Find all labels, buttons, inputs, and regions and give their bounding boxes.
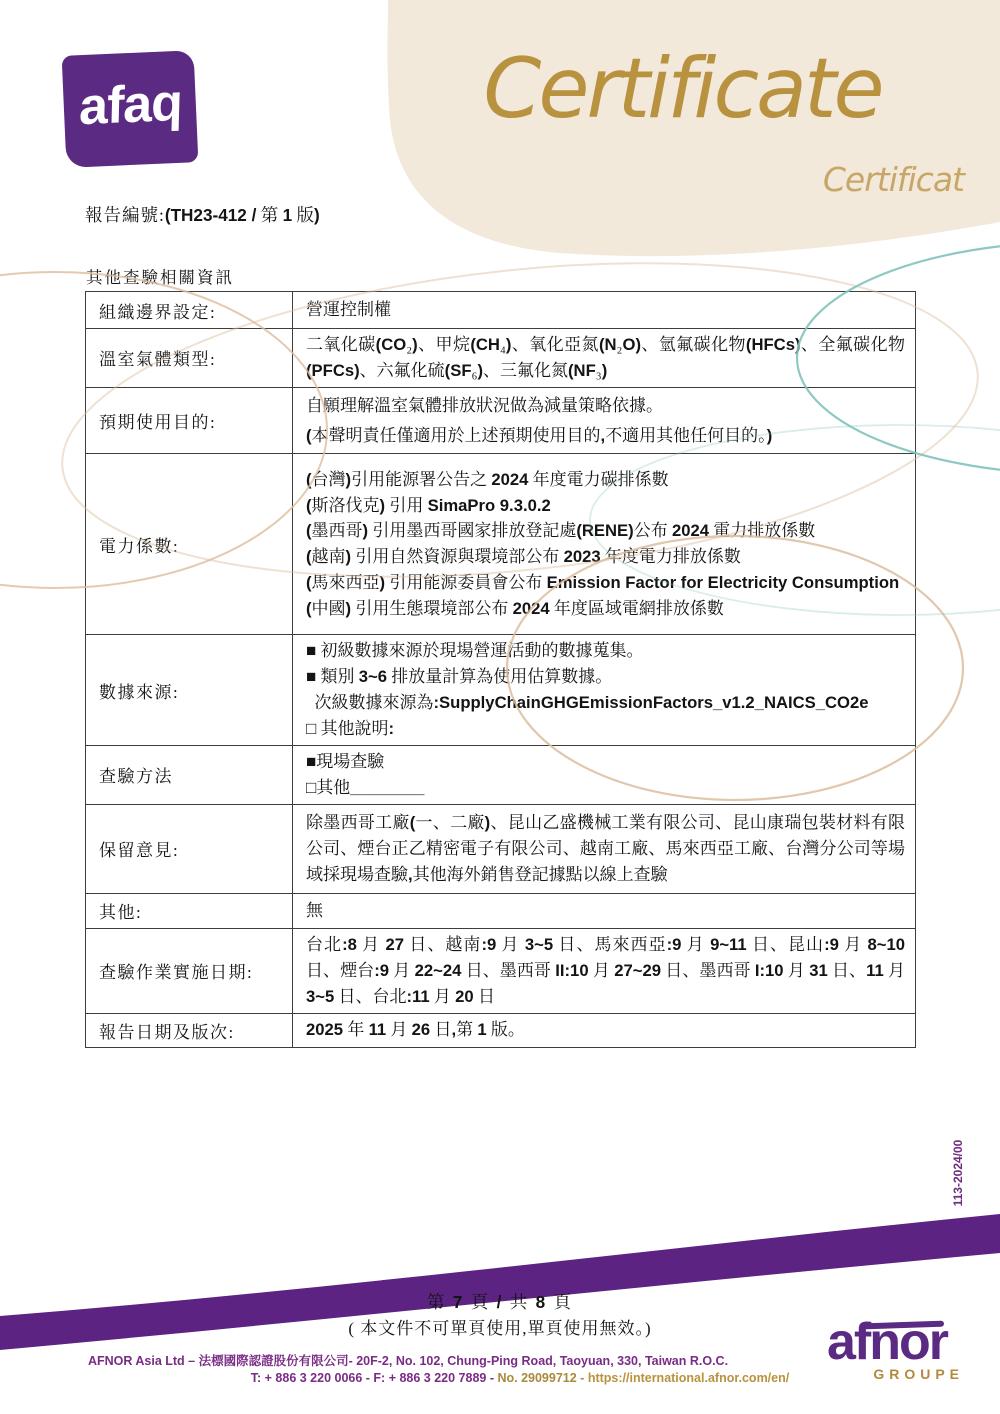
- row-label: 組織邊界設定:: [86, 292, 293, 329]
- footer-address: AFNOR Asia Ltd – 法標國際認證股份有限公司- 20F-2, No…: [0, 1351, 816, 1369]
- footer-phone-fax: T: + 886 3 220 0066 - F: + 886 3 220 788…: [251, 1371, 498, 1385]
- afaq-logo: afaq: [62, 50, 199, 168]
- footer-website-link: https://international.afnor.com/en/: [588, 1371, 789, 1385]
- table-row: 溫室氣體類型: 二氧化碳(CO₂)、甲烷(CH₄)、氧化亞氮(N₂O)、氫氟碳化…: [86, 329, 916, 388]
- row-label: 電力係數:: [86, 454, 293, 635]
- row-value: 台北:8 月 27 日、越南:9 月 3~5 日、馬來西亞:9 月 9~11 日…: [293, 928, 916, 1013]
- table-row: 保留意見: 除墨西哥工廠(一、二廠)、昆山乙盛機械工業有限公司、昆山康瑞包裝材料…: [86, 804, 916, 893]
- row-label: 保留意見:: [86, 804, 293, 893]
- row-label: 查驗作業實施日期:: [86, 928, 293, 1013]
- row-value: ■現場查驗 □其他________: [293, 745, 916, 804]
- row-value: ■ 初級數據來源於現場營運活動的數據蒐集。 ■ 類別 3~6 排放量計算為使用估…: [293, 635, 916, 745]
- table-row: 數據來源: ■ 初級數據來源於現場營運活動的數據蒐集。 ■ 類別 3~6 排放量…: [86, 635, 916, 745]
- row-label: 查驗方法: [86, 745, 293, 804]
- section-title: 其他查驗相關資訊: [86, 264, 234, 288]
- table-row: 電力係數: (台灣)引用能源署公告之 2024 年度電力碳排係數 (斯洛伐克) …: [86, 454, 916, 635]
- row-value: 2025 年 11 月 26 日,第 1 版。: [293, 1013, 916, 1047]
- certificate-page: afaq Certificate Certificat 報告編號:(TH23-4…: [0, 0, 1000, 1414]
- row-value: 除墨西哥工廠(一、二廠)、昆山乙盛機械工業有限公司、昆山康瑞包裝材料有限公司、煙…: [293, 804, 916, 893]
- page-number: 第 7 頁 / 共 8 頁: [0, 1289, 1000, 1314]
- footer-contact: T: + 886 3 220 0066 - F: + 886 3 220 788…: [140, 1371, 900, 1385]
- afnor-logo: afnor GROUPE: [802, 1316, 972, 1382]
- table-row: 組織邊界設定: 營運控制權: [86, 292, 916, 329]
- row-value: 無: [293, 893, 916, 928]
- certificate-subtitle: Certificat: [664, 160, 964, 199]
- table-row: 其他: 無: [86, 893, 916, 928]
- row-label: 溫室氣體類型:: [86, 329, 293, 388]
- afaq-logo-text: afaq: [78, 73, 183, 146]
- row-label: 預期使用目的:: [86, 387, 293, 454]
- row-value: 營運控制權: [293, 292, 916, 329]
- table-row: 報告日期及版次: 2025 年 11 月 26 日,第 1 版。: [86, 1013, 916, 1047]
- document-code: 113-2024/00: [951, 1128, 965, 1218]
- certificate-title: Certificate: [400, 40, 965, 137]
- row-value: 二氧化碳(CO₂)、甲烷(CH₄)、氧化亞氮(N₂O)、氫氟碳化物(HFCs)、…: [293, 329, 916, 388]
- row-value: (台灣)引用能源署公告之 2024 年度電力碳排係數 (斯洛伐克) 引用 Sim…: [293, 454, 916, 635]
- report-number-value: (TH23-412 / 第 1 版): [165, 205, 320, 225]
- row-label: 其他:: [86, 893, 293, 928]
- report-number: 報告編號:(TH23-412 / 第 1 版): [85, 202, 320, 227]
- table-row: 查驗方法 ■現場查驗 □其他________: [86, 745, 916, 804]
- report-number-label: 報告編號:: [85, 205, 165, 225]
- table-row: 查驗作業實施日期: 台北:8 月 27 日、越南:9 月 3~5 日、馬來西亞:…: [86, 928, 916, 1013]
- row-label: 報告日期及版次:: [86, 1013, 293, 1047]
- info-table: 組織邊界設定: 營運控制權 溫室氣體類型: 二氧化碳(CO₂)、甲烷(CH₄)、…: [85, 291, 916, 1048]
- row-value: 自願理解溫室氣體排放狀況做為減量策略依據。 (本聲明責任僅適用於上述預期使用目的…: [293, 387, 916, 454]
- row-label: 數據來源:: [86, 635, 293, 745]
- footer-registration-number: No. 29099712 -: [497, 1371, 587, 1385]
- table-row: 預期使用目的: 自願理解溫室氣體排放狀況做為減量策略依據。 (本聲明責任僅適用於…: [86, 387, 916, 454]
